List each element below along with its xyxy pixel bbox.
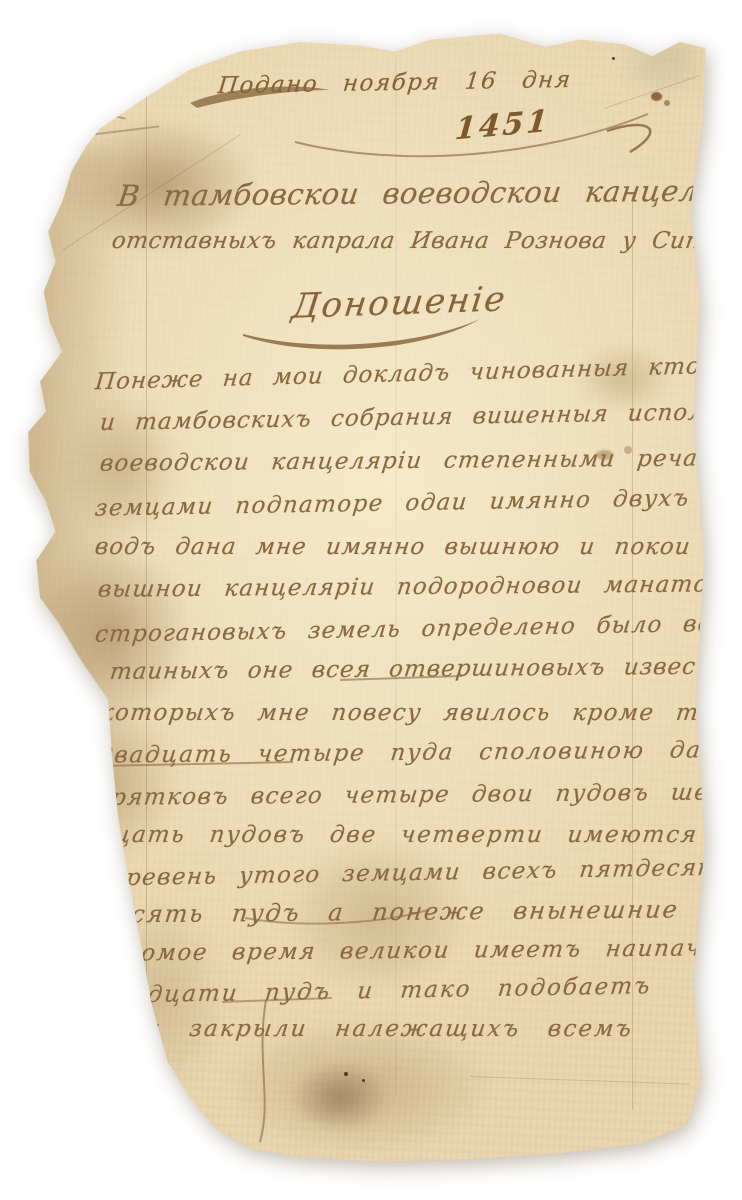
- scan-background: Подано ноября 16 дня 1451 1472 В тамбовс…: [0, 0, 742, 1200]
- body-line: земцами подпаторе одаи имянно двухъ по: [94, 484, 742, 521]
- stain: [32, 540, 192, 725]
- stain: [66, 390, 181, 545]
- body-line: воеводскои канцеляріи степенными речами: [99, 445, 737, 477]
- manuscript-page: Подано ноября 16 дня 1451 1472 В тамбовс…: [0, 0, 742, 1200]
- body-line: строгановыхъ земель определено было вдво…: [94, 610, 742, 648]
- crease-line: [62, 135, 240, 251]
- body-line: деревень утого земцами всехъ пятдесятъ: [94, 854, 739, 891]
- stain: [92, 900, 227, 1095]
- filing-note: Подано ноября 16 дня: [217, 67, 573, 99]
- body-line: Понеже на мои докладъ чинованныя ктомски…: [94, 351, 742, 395]
- speck: [612, 57, 615, 60]
- body-line: вышнои канцеляріи подородновои манаторе: [97, 571, 741, 603]
- speck: [683, 27, 687, 30]
- stain: [574, 342, 672, 414]
- stain: [616, 16, 711, 101]
- document-title: Доношеніе: [290, 279, 510, 327]
- speck: [344, 1072, 348, 1076]
- stain: [58, 118, 258, 253]
- ink-flourish-svg: [0, 0, 742, 1200]
- stain: [624, 446, 632, 454]
- body-line: и тамбовскихъ собрания вишенныя исполнен…: [99, 398, 742, 436]
- speck: [702, 24, 705, 27]
- docket-number: 1451: [454, 104, 552, 148]
- body-line: водъ дана мне имянно вышнюю и покои техъ: [93, 534, 742, 560]
- stain: [282, 835, 472, 995]
- body-line: двадцати пудъ и тако подобаетъ: [99, 973, 653, 1009]
- speck: [662, 31, 665, 34]
- ink-blot: [651, 92, 662, 101]
- pencil-scribble: [44, 78, 128, 120]
- crease-line: [470, 1076, 690, 1085]
- body-line: которыхъ мне повесу явилось кроме техъ: [98, 700, 742, 726]
- address-line-2: отставныхъ капрала Ивана Рознова у Ситни…: [110, 228, 742, 254]
- paper-shadow: Подано ноября 16 дня 1451 1472 В тамбовс…: [0, 0, 742, 1200]
- margin-rule-left: [146, 55, 147, 1140]
- body-line: таиныхъ оне всея отвершиновыхъ известных…: [109, 653, 742, 685]
- stain: [290, 1062, 388, 1134]
- crease-line: [604, 75, 701, 109]
- body-line: двадцать четыре пуда споловиною да: [97, 737, 704, 768]
- speck: [362, 1079, 365, 1082]
- ink-blot: [664, 100, 670, 106]
- archival-number: 1472: [58, 95, 125, 132]
- body-line: дцать пудовъ две четверти имеются: [96, 822, 699, 848]
- stain: [18, 150, 153, 1050]
- stain: [228, 1018, 493, 1153]
- margin-rule-right: [632, 195, 633, 1110]
- body-line: всея закрыли належащихъ всемъ: [96, 1016, 634, 1042]
- body-line: прятковъ всего четыре двои пудовъ шесна: [94, 779, 742, 811]
- pencil-scribble: [46, 98, 126, 120]
- stain: [26, 698, 181, 863]
- pencil-scribble: [40, 125, 159, 141]
- pencil-scribble: [52, 94, 142, 132]
- speck: [670, 20, 673, 23]
- body-line: десять пудъ а понеже внынешние: [96, 895, 680, 928]
- crease-line: [396, 56, 397, 1096]
- body-line: ведомое время великои имеетъ наипаче: [94, 935, 719, 966]
- speck: [656, 14, 660, 18]
- stain: [596, 450, 613, 460]
- address-line-1: В тамбовскои воеводскои канцеляріи: [116, 173, 742, 213]
- speck: [695, 10, 698, 13]
